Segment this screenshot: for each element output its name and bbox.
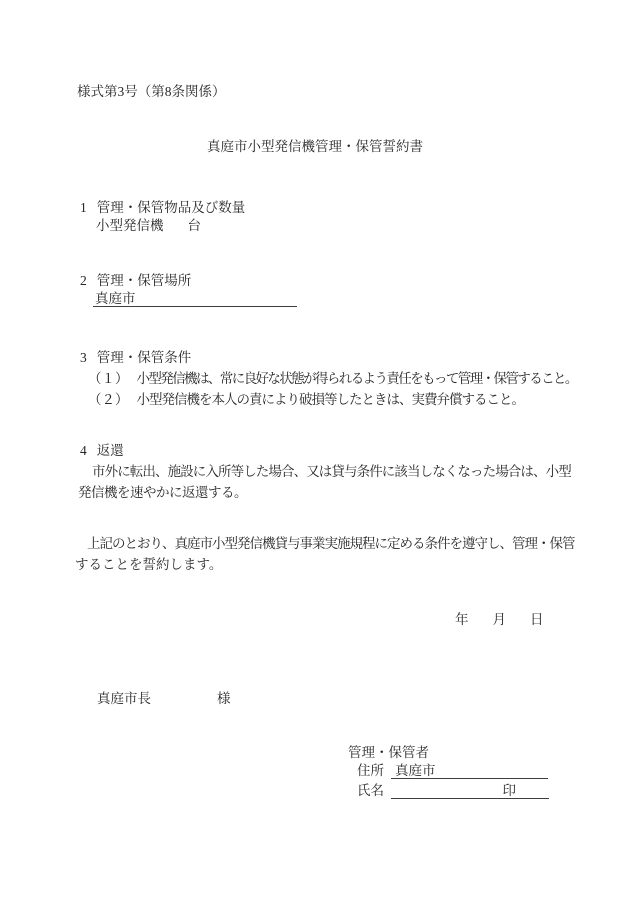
clause-1-text: 小型発信機は、常に良好な状態が得られるよう責任をもって管理・保管すること。 <box>137 371 577 386</box>
section2-number: 2 <box>80 273 87 289</box>
section3-heading-row: 3管理・保管条件 <box>80 350 191 366</box>
clause-2-number: （２） <box>88 392 129 407</box>
name-blank-field: 印 <box>391 783 549 799</box>
quantity-unit-label: 台 <box>188 218 202 233</box>
section2-heading: 管理・保管場所 <box>97 273 192 288</box>
section2-heading-row: 2管理・保管場所 <box>80 273 191 289</box>
name-label: 氏名 <box>357 783 384 798</box>
seal-label: 印 <box>503 783 517 798</box>
section1-number: 1 <box>80 200 87 216</box>
section4-body-line-1: 市外に転出、施設に入所等した場合、又は貸与条件に該当しなくなった場合は、小型 <box>92 464 571 480</box>
address-prefix: 真庭市 <box>395 763 436 778</box>
section4-number: 4 <box>80 443 87 459</box>
custodian-address-row: 住所真庭市 <box>357 763 548 779</box>
custodian-name-row: 氏名印 <box>357 783 549 799</box>
section1-content-row: 小型発信機台 <box>96 218 201 234</box>
day-label: 日 <box>530 612 544 627</box>
month-label: 月 <box>493 612 507 627</box>
section1-heading-row: 1管理・保管物品及び数量 <box>80 200 245 216</box>
form-number: 様式第3号（第8条関係） <box>77 84 226 100</box>
addressee-row: 真庭市長様 <box>97 691 231 707</box>
clause-1-row: （１）小型発信機は、常に良好な状態が得られるよう責任をもって管理・保管すること。 <box>88 371 577 387</box>
section2-content-row: 真庭市 <box>93 291 297 307</box>
section1-heading: 管理・保管物品及び数量 <box>97 200 246 215</box>
custodian-label: 管理・保管者 <box>348 745 429 761</box>
addressee-title: 真庭市長 <box>97 691 151 706</box>
item-name-label: 小型発信機 <box>96 218 164 233</box>
document-title: 真庭市小型発信機管理・保管誓約書 <box>0 139 630 155</box>
section3-number: 3 <box>80 350 87 366</box>
section4-body-line-2: 発信機を速やかに返還する。 <box>78 485 247 501</box>
date-line: 年月日 <box>455 612 544 628</box>
address-blank-field: 真庭市 <box>391 763 548 779</box>
pledge-line-2: することを誓約します。 <box>75 557 222 573</box>
clause-1-number: （１） <box>88 371 129 386</box>
addressee-honorific: 様 <box>217 691 231 706</box>
clause-2-text: 小型発信機を本人の責により破損等したときは、実費弁償すること。 <box>137 392 525 407</box>
location-prefix: 真庭市 <box>95 291 136 306</box>
clause-2-row: （２）小型発信機を本人の責により破損等したときは、実費弁償すること。 <box>88 392 524 408</box>
pledge-form-page: 様式第3号（第8条関係） 真庭市小型発信機管理・保管誓約書 1管理・保管物品及び… <box>0 0 630 915</box>
location-blank-field: 真庭市 <box>93 291 297 307</box>
year-label: 年 <box>455 612 469 627</box>
address-label: 住所 <box>357 763 384 778</box>
section3-heading: 管理・保管条件 <box>97 350 192 365</box>
section4-heading-row: 4返還 <box>80 443 124 459</box>
pledge-line-1: 上記のとおり、真庭市小型発信機貸与事業実施規程に定める条件を遵守し、管理・保管 <box>87 536 575 552</box>
section4-heading: 返還 <box>97 443 124 458</box>
